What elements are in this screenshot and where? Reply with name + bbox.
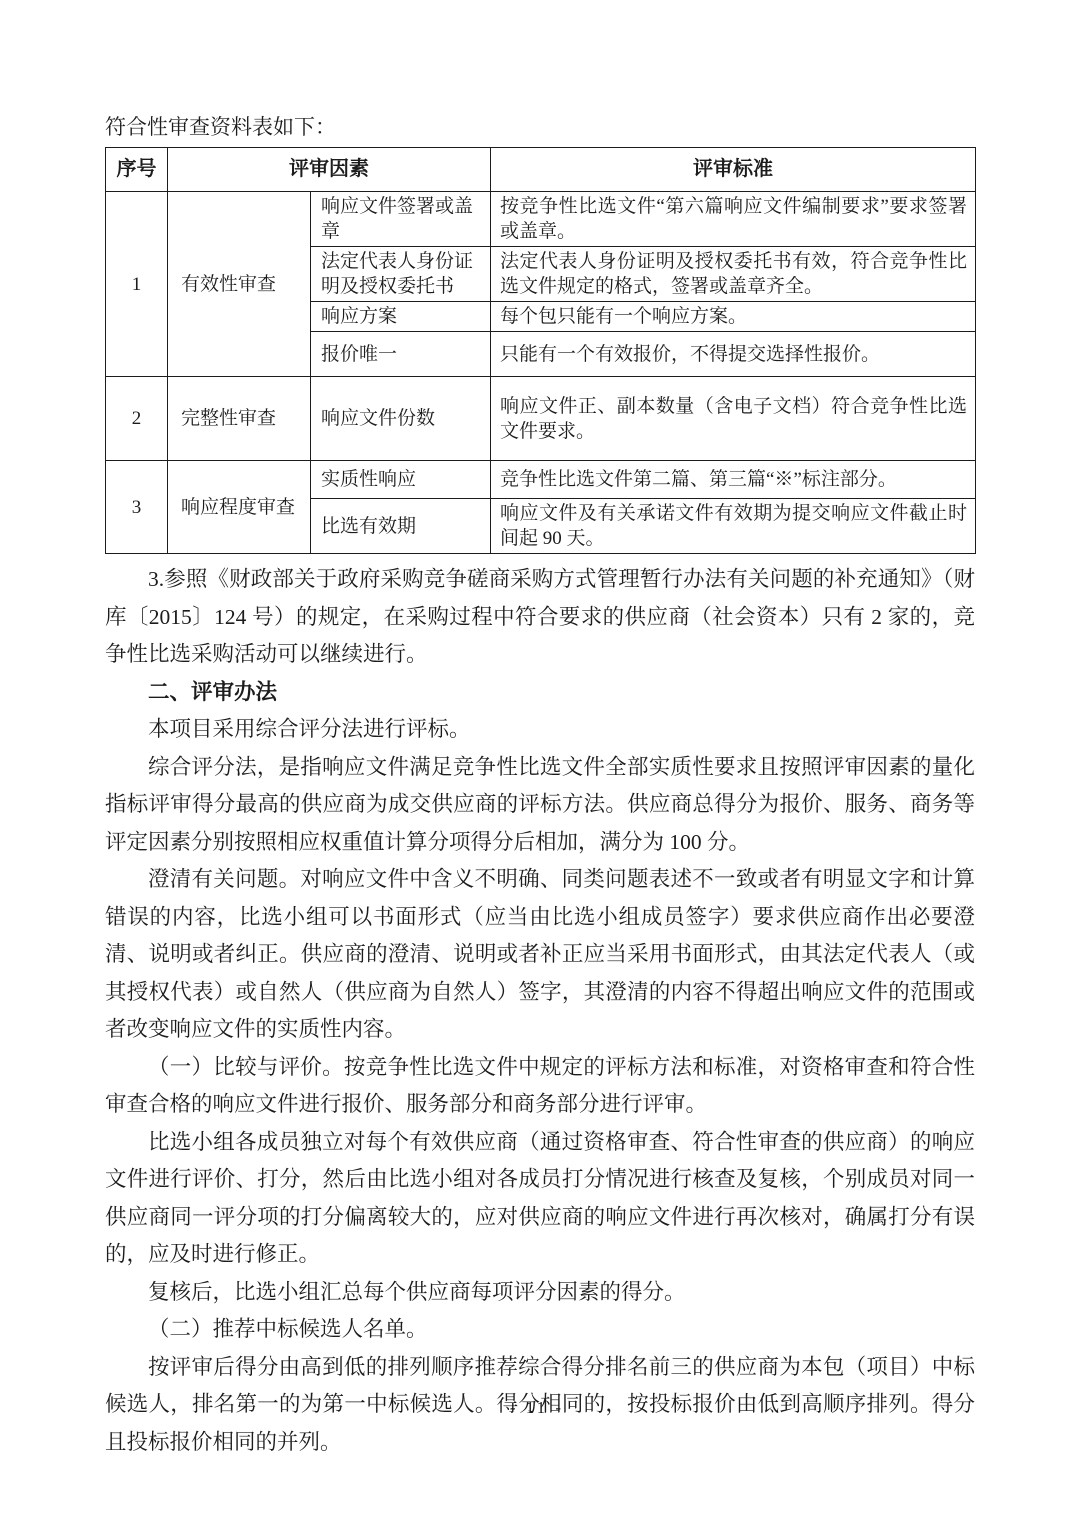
table-header-row: 序号 评审因素 评审标准 [106, 148, 976, 192]
document-content: 符合性审查资料表如下： 序号 评审因素 评审标准 1 有效性审查 响应文件签署或… [105, 110, 975, 1461]
row-factor: 响应文件签署或盖章 [311, 192, 491, 247]
row-factor: 响应文件份数 [311, 377, 491, 461]
table-row: 3 响应程度审查 实质性响应 竞争性比选文件第二篇、第三篇“※”标注部分。 [106, 461, 976, 499]
row-no: 2 [106, 377, 168, 461]
paragraph-scoring-method-definition: 综合评分法，是指响应文件满足竞争性比选文件全部实质性要求且按照评审因素的量化指标… [105, 749, 975, 862]
table-row: 1 有效性审查 响应文件签署或盖章 按竞争性比选文件“第六篇响应文件编制要求”要… [106, 192, 976, 247]
column-header-factor: 评审因素 [168, 148, 491, 192]
compliance-review-table: 序号 评审因素 评审标准 1 有效性审查 响应文件签署或盖章 按竞争性比选文件“… [105, 147, 976, 554]
row-standard: 按竞争性比选文件“第六篇响应文件编制要求”要求签署或盖章。 [491, 192, 976, 247]
row-standard: 法定代表人身份证明及授权委托书有效，符合竞争性比选文件规定的格式，签署或盖章齐全… [491, 247, 976, 302]
column-header-standard: 评审标准 [491, 148, 976, 192]
section-heading-review-method: 二、评审办法 [105, 674, 975, 712]
paragraph-independent-scoring: 比选小组各成员独立对每个有效供应商（通过资格审查、符合性审查的供应商）的响应文件… [105, 1124, 975, 1274]
paragraph-supplement-notice: 3.参照《财政部关于政府采购竞争磋商采购方式管理暂行办法有关问题的补充通知》（财… [105, 561, 975, 674]
document-page: 符合性审查资料表如下： 序号 评审因素 评审标准 1 有效性审查 响应文件签署或… [0, 0, 1074, 1520]
column-header-no: 序号 [106, 148, 168, 192]
row-category: 响应程度审查 [168, 461, 311, 554]
row-standard: 响应文件正、副本数量（含电子文档）符合竞争性比选文件要求。 [491, 377, 976, 461]
row-factor: 实质性响应 [311, 461, 491, 499]
paragraph-candidate-list: （二）推荐中标候选人名单。 [105, 1311, 975, 1349]
row-category: 完整性审查 [168, 377, 311, 461]
row-factor: 报价唯一 [311, 332, 491, 377]
paragraph-clarification: 澄清有关问题。对响应文件中含义不明确、同类问题表述不一致或者有明显文字和计算错误… [105, 861, 975, 1049]
paragraph-score-summary: 复核后，比选小组汇总每个供应商每项评分因素的得分。 [105, 1274, 975, 1312]
row-standard: 竞争性比选文件第二篇、第三篇“※”标注部分。 [491, 461, 976, 499]
row-no: 3 [106, 461, 168, 554]
row-standard: 响应文件及有关承诺文件有效期为提交响应文件截止时间起 90 天。 [491, 499, 976, 554]
row-standard: 只能有一个有效报价，不得提交选择性报价。 [491, 332, 976, 377]
paragraph-method-used: 本项目采用综合评分法进行评标。 [105, 711, 975, 749]
intro-line: 符合性审查资料表如下： [105, 110, 975, 144]
row-factor: 法定代表人身份证明及授权委托书 [311, 247, 491, 302]
page-number: - 11 - [0, 1398, 1074, 1418]
paragraph-compare-evaluate: （一）比较与评价。按竞争性比选文件中规定的评标方法和标准，对资格审查和符合性审查… [105, 1049, 975, 1124]
row-factor: 比选有效期 [311, 499, 491, 554]
table-row: 2 完整性审查 响应文件份数 响应文件正、副本数量（含电子文档）符合竞争性比选文… [106, 377, 976, 461]
row-category: 有效性审查 [168, 192, 311, 377]
row-no: 1 [106, 192, 168, 377]
row-factor: 响应方案 [311, 302, 491, 332]
row-standard: 每个包只能有一个响应方案。 [491, 302, 976, 332]
body-text: 3.参照《财政部关于政府采购竞争磋商采购方式管理暂行办法有关问题的补充通知》（财… [105, 561, 975, 1461]
